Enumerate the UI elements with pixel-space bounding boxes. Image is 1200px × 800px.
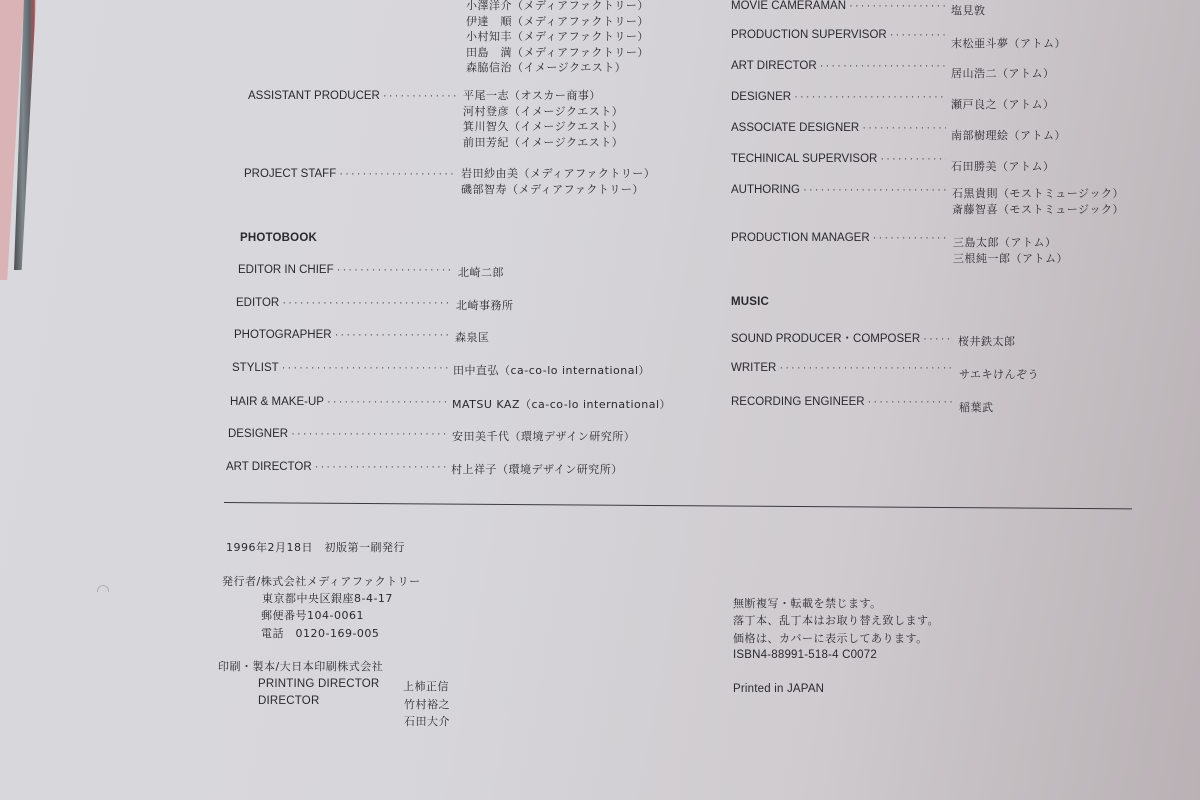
role-label: WRITER	[731, 362, 776, 374]
leader-dots	[291, 428, 447, 440]
role-label: SOUND PRODUCER・COMPOSER	[731, 330, 920, 346]
credit-name: 末松亜斗夢（アトム）	[951, 35, 1066, 51]
role-label: TECHINICAL SUPERVISOR	[731, 153, 877, 165]
leader-dots	[862, 122, 946, 134]
credits-page: 小澤洋介（メディアファクトリー） 伊達 順（メディアファクトリー） 小村知丰（メ…	[0, 0, 1200, 800]
credit-technical-supervisor: TECHINICAL SUPERVISOR	[731, 153, 949, 165]
notice-line: 価格は、カバーに表示してあります。	[733, 630, 928, 646]
leader-dots	[327, 396, 447, 408]
role-label: PRODUCTION SUPERVISOR	[731, 29, 887, 41]
credit-name: 居山浩二（アトム）	[951, 65, 1055, 81]
staff-name: 田島 満（メディアファクトリー）	[466, 45, 649, 61]
credit-name: 北崎事務所	[456, 297, 514, 313]
staff-name: 磯部智寿（メディアファクトリー）	[461, 182, 655, 198]
leader-dots	[803, 184, 946, 196]
leader-dots	[890, 29, 946, 41]
leader-dots	[383, 90, 459, 102]
printing-director-name: 上柿正信	[403, 678, 449, 694]
staff-name: 三根純一郎（アトム）	[953, 251, 1068, 267]
director-name: 竹村裕之	[404, 696, 450, 712]
credit-name: MATSU KAZ（ca-co-lo international）	[452, 396, 671, 412]
notice-line: 無断複写・転載を禁じます。	[733, 595, 882, 611]
role-label: EDITOR IN CHIEF	[238, 264, 334, 276]
printing-director-label: PRINTING DIRECTOR	[258, 678, 379, 690]
leader-dots	[873, 232, 946, 244]
role-label: HAIR & MAKE-UP	[230, 396, 324, 408]
role-label: RECORDING ENGINEER	[731, 396, 865, 408]
role-label: MOVIE CAMERAMAN	[731, 0, 846, 12]
assistant-producer-names: 平尾一志（オスカー商事） 河村登彦（イメージクエスト） 箕川智久（イメージクエス…	[463, 88, 623, 150]
credit-name: 南部樹理絵（アトム）	[951, 127, 1066, 143]
credit-name: 稲葉武	[959, 399, 994, 415]
staff-name: 伊達 順（メディアファクトリー）	[466, 14, 649, 30]
staff-name: 前田芳紀（イメージクエスト）	[463, 135, 623, 151]
notice-line: 落丁本、乱丁本はお取り替え致します。	[733, 612, 939, 628]
publisher-address: 東京都中央区銀座8-4-17	[262, 590, 393, 606]
role-label: ART DIRECTOR	[226, 461, 312, 473]
credit-name: 桜井鉄太郎	[958, 333, 1016, 349]
credit-sound-producer: SOUND PRODUCER・COMPOSER	[731, 330, 955, 346]
staff-name: 河村登彦（イメージクエスト）	[463, 104, 623, 120]
credit-name: 瀬戸良之（アトム）	[951, 96, 1055, 112]
director-label: DIRECTOR	[258, 695, 319, 707]
staff-name: 小澤洋介（メディアファクトリー）	[466, 0, 649, 14]
credit-production-manager: PRODUCTION MANAGER	[731, 232, 949, 244]
printed-in: Printed in JAPAN	[733, 683, 824, 695]
leader-dots	[923, 333, 952, 345]
authoring-names: 石黒貴則（モストミュージック） 斎藤智喜（モストミュージック）	[952, 186, 1124, 217]
credit-designer-right: DESIGNER	[731, 91, 949, 103]
project-staff-names: 岩田紗由美（メディアファクトリー） 磯部智寿（メディアファクトリー）	[461, 166, 655, 197]
publisher-postal-code: 郵便番号104-0061	[261, 607, 364, 623]
credit-editor: EDITOR	[236, 297, 454, 309]
credit-authoring: AUTHORING	[731, 184, 949, 196]
credit-recording-engineer: RECORDING ENGINEER	[731, 396, 957, 408]
leader-dots	[337, 264, 453, 276]
credit-name: 安田美千代（環境デザイン研究所）	[452, 428, 635, 444]
leader-dots	[282, 362, 448, 374]
production-manager-names: 三島太郎（アトム） 三根純一郎（アトム）	[953, 235, 1068, 266]
credit-movie-cameraman: MOVIE CAMERAMAN	[731, 0, 949, 12]
publisher-phone: 電話 0120-169-005	[261, 625, 379, 641]
leader-dots	[282, 297, 451, 309]
leader-dots	[868, 396, 954, 408]
role-label: DESIGNER	[731, 91, 791, 103]
leader-dots	[820, 60, 946, 72]
credit-designer: DESIGNER	[228, 428, 450, 440]
credit-assistant-producer: ASSISTANT PRODUCER	[248, 90, 462, 102]
credit-hair-makeup: HAIR & MAKE-UP	[230, 396, 450, 408]
role-label: STYLIST	[232, 362, 279, 374]
section-heading-music: MUSIC	[731, 296, 769, 308]
credit-name: 塩見敦	[951, 2, 986, 18]
credit-stylist: STYLIST	[232, 362, 451, 374]
credit-writer: WRITER	[731, 362, 957, 374]
leader-dots	[335, 329, 449, 341]
staff-name: 森脇信治（イメージクエスト）	[466, 60, 649, 76]
leader-dots	[794, 91, 946, 103]
staff-name: 平尾一志（オスカー商事）	[463, 88, 623, 104]
credit-associate-designer: ASSOCIATE DESIGNER	[731, 122, 949, 134]
role-label: ASSOCIATE DESIGNER	[731, 122, 859, 134]
divider-line	[224, 502, 1132, 509]
staff-name: 石黒貴則（モストミュージック）	[952, 186, 1124, 202]
credit-photographer: PHOTOGRAPHER	[234, 329, 452, 341]
role-label: AUTHORING	[731, 184, 800, 196]
leader-dots	[779, 362, 954, 374]
publisher: 発行者/株式会社メディアファクトリー	[222, 573, 421, 589]
publication-date: 1996年2月18日 初版第一刷発行	[226, 539, 405, 555]
credit-name: 北崎二郎	[458, 264, 504, 280]
credit-name: 村上祥子（環境デザイン研究所）	[451, 461, 623, 477]
leader-dots	[315, 461, 447, 473]
credit-name: 森泉匡	[455, 329, 490, 345]
printer: 印刷・製本/大日本印刷株式会社	[218, 658, 383, 674]
role-label: PROJECT STAFF	[244, 168, 336, 180]
credit-art-director: ART DIRECTOR	[226, 461, 450, 473]
leader-dots	[880, 153, 946, 165]
credit-production-supervisor: PRODUCTION SUPERVISOR	[731, 29, 949, 41]
credit-name: 田中直弘（ca-co-lo international）	[453, 362, 650, 378]
staff-names-top: 小澤洋介（メディアファクトリー） 伊達 順（メディアファクトリー） 小村知丰（メ…	[466, 0, 649, 76]
role-label: ART DIRECTOR	[731, 60, 817, 72]
staff-name: 岩田紗由美（メディアファクトリー）	[461, 166, 655, 182]
role-label: EDITOR	[236, 297, 279, 309]
isbn: ISBN4-88991-518-4 C0072	[733, 649, 877, 661]
leader-dots	[339, 168, 457, 180]
staff-name: 三島太郎（アトム）	[953, 235, 1068, 251]
role-label: PRODUCTION MANAGER	[731, 232, 870, 244]
role-label: PHOTOGRAPHER	[234, 329, 332, 341]
staff-name: 箕川智久（イメージクエスト）	[463, 119, 623, 135]
credit-art-director-right: ART DIRECTOR	[731, 60, 949, 72]
role-label: ASSISTANT PRODUCER	[248, 90, 380, 102]
credit-name: 石田勝美（アトム）	[951, 158, 1055, 174]
leader-dots	[849, 0, 946, 12]
credit-name: サエキけんぞう	[959, 366, 1039, 382]
staff-name: 斎藤智喜（モストミュージック）	[952, 202, 1124, 218]
role-label: DESIGNER	[228, 428, 288, 440]
credit-editor-in-chief: EDITOR IN CHIEF	[238, 264, 456, 276]
director-name: 石田大介	[404, 713, 450, 729]
staff-name: 小村知丰（メディアファクトリー）	[466, 29, 649, 45]
paper-mark	[97, 585, 109, 592]
credit-project-staff: PROJECT STAFF	[244, 168, 460, 180]
section-heading-photobook: PHOTOBOOK	[240, 232, 317, 244]
